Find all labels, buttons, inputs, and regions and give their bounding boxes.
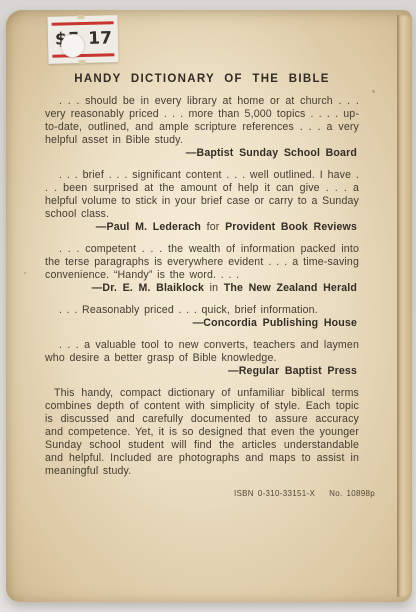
sticker-red-line-bottom xyxy=(52,53,114,58)
review-attribution: —Baptist Sunday School Board xyxy=(45,147,359,160)
review-text: . . . should be in every library at home… xyxy=(45,95,359,147)
book-back-cover: $5 17 HANDY DICTIONARY OF THE BIBLE . . … xyxy=(6,10,412,602)
isbn-line: ISBN 0-310-33151-XNo. 10898p xyxy=(45,487,375,500)
sticker-red-line-top xyxy=(52,21,114,26)
attribution-name: —Concordia Publishing House xyxy=(193,317,357,329)
attribution-source: The New Zealand Herald xyxy=(224,282,357,294)
review-attribution: —Concordia Publishing House xyxy=(45,317,359,330)
catalog-number: No. 10898p xyxy=(329,489,375,498)
attribution-name: —Paul M. Lederach xyxy=(96,221,201,233)
attribution-name: —Regular Baptist Press xyxy=(228,365,357,377)
review-blurb: . . . a valuable tool to new converts, t… xyxy=(45,339,359,378)
review-text: . . . a valuable tool to new converts, t… xyxy=(45,339,359,365)
review-attribution: —Regular Baptist Press xyxy=(45,365,359,378)
review-blurb: . . . Reasonably priced . . . quick, bri… xyxy=(45,304,359,330)
attribution-source: Provident Book Reviews xyxy=(225,221,357,233)
book-description: This handy, compact dictionary of unfami… xyxy=(45,387,359,478)
review-text: . . . brief . . . significant content . … xyxy=(45,169,359,221)
attribution-name: —Baptist Sunday School Board xyxy=(186,147,357,159)
dust-speck xyxy=(24,272,26,274)
sticker-notch-top xyxy=(77,15,84,19)
attribution-connector: for xyxy=(201,221,225,233)
review-attribution: —Paul M. Lederach for Provident Book Rev… xyxy=(45,221,359,234)
book-page-edge xyxy=(397,15,412,597)
review-blurb: . . . brief . . . significant content . … xyxy=(45,169,359,234)
isbn-number: ISBN 0-310-33151-X xyxy=(234,489,315,498)
review-blurb: . . . should be in every library at home… xyxy=(45,95,359,160)
sticker-notch-bottom xyxy=(79,60,86,64)
price-sticker: $5 17 xyxy=(47,15,118,64)
attribution-name: —Dr. E. M. Blaiklock xyxy=(92,282,204,294)
attribution-connector: in xyxy=(204,282,224,294)
review-text: . . . competent . . . the wealth of info… xyxy=(45,243,359,282)
dust-speck xyxy=(372,90,375,93)
back-cover-text: HANDY DICTIONARY OF THE BIBLE . . . shou… xyxy=(45,72,359,500)
review-attribution: —Dr. E. M. Blaiklock in The New Zealand … xyxy=(45,282,359,295)
book-title: HANDY DICTIONARY OF THE BIBLE xyxy=(45,72,359,86)
sticker-number: 17 xyxy=(88,28,112,49)
review-blurb: . . . competent . . . the wealth of info… xyxy=(45,243,359,295)
review-text: . . . Reasonably priced . . . quick, bri… xyxy=(45,304,359,317)
